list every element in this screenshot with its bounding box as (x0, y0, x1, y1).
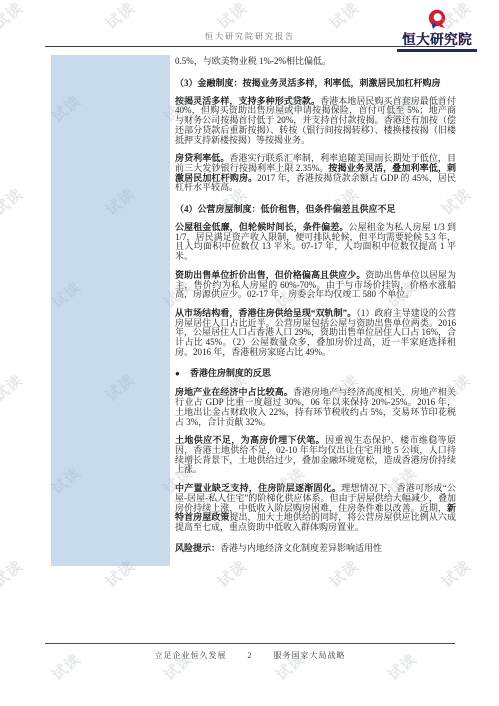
brand-logo-text: 恒大研究院 (402, 33, 472, 47)
paragraph: 房地产业在经济中占比较高。香港房地产与经济高度相关，房地产相关行业占 GDP 比… (175, 388, 456, 427)
paragraph: 中产置业缺乏支持，住房阶层逐渐固化。理想情况下，香港可形成“公屋-居屋-私人住宅… (175, 484, 456, 533)
text-run: 从市场结构看，香港住房供给呈现“双轨制”。 (175, 308, 356, 318)
paragraph: 按揭灵活多样，支持多种形式贷款。香港本地居民购买首套房最低首付 40%，但购买资… (175, 97, 456, 146)
brand-logo: 恒大研究院 (396, 8, 478, 52)
paragraph: 0.5%，与欧美物业税 1%-2%相比偏低。 (175, 57, 456, 67)
brand-logo-underline (397, 49, 477, 53)
paragraph: 从市场结构看，香港住房供给呈现“双轨制”。（1）政府主导建设的公营房屋居住人口占… (175, 309, 456, 358)
bullet-heading: ●香港住房制度的反思 (175, 368, 456, 379)
trial-watermark: 试读 (495, 462, 499, 499)
paragraph: 房贷利率低。香港实行联系汇率制，利率追随美国而长期处于低位，目前三大发钞银行按揭… (175, 154, 456, 193)
paragraph: 公屋租金低廉，但轮候时间长，条件偏差。公屋租金为私人房屋 1/3 到 1/7，居… (175, 223, 456, 262)
trial-watermark: 试读 (495, 90, 499, 127)
header-title: 恒大研究院研究报告 (45, 31, 455, 42)
footer-divider (45, 643, 455, 644)
text-run: 公屋租金低廉，但轮候时间长，条件偏差。 (175, 222, 349, 232)
section-heading: （4）公营房屋制度：低价租售，但条件偏差且供应不足 (175, 204, 456, 214)
text-run: 资助出售单位折价出售，但价格偏高且供应少。 (175, 270, 365, 280)
paragraph: 资助出售单位折价出售，但价格偏高且供应少。资助出售单位以居屋为主，售价约为私人房… (175, 271, 456, 300)
text-run: 房贷利率低。 (175, 153, 229, 163)
bullet-dot-icon: ● (175, 369, 180, 378)
report-page: 试读试读试读试读试读试读试读试读试读试读试读试读试读试读试读试读试读试读试读试读… (0, 0, 499, 706)
trial-watermark: 试读 (0, 369, 27, 406)
trial-watermark: 试读 (495, 648, 499, 685)
text-run: 中产置业缺乏支持，住房阶层逐渐固化。 (175, 483, 341, 493)
left-accent-bar (51, 55, 170, 566)
page-number: 2 (248, 651, 253, 660)
trial-watermark: 试读 (0, 0, 27, 34)
text-run: （4）公营房屋制度：低价租售，但条件偏差且供应不足 (175, 204, 396, 214)
text-run: 土地供应不足，为高房价埋下伏笔。 (175, 435, 325, 445)
paragraph: 风险提示：香港与内地经济文化制度差异影响适用性 (175, 544, 456, 554)
paragraph: 土地供应不足，为高房价埋下伏笔。因重视生态保护、楼市维稳等原因，香港土地供给不足… (175, 436, 456, 475)
text-run: （3）金融制度：按揭业务灵活多样，利率低，刺激居民加杠杆购房 (175, 78, 441, 88)
footer: 立足企业恒久发展 2 服务国家大局战略 (45, 650, 455, 661)
section-heading: （3）金融制度：按揭业务灵活多样，利率低，刺激居民加杠杆购房 (175, 78, 456, 88)
trial-watermark: 试读 (325, 0, 363, 34)
text-run: 香港与内地经济文化制度差异影响适用性 (220, 543, 382, 553)
text-run: 风险提示： (175, 543, 220, 553)
report-body: 0.5%，与欧美物业税 1%-2%相比偏低。（3）金融制度：按揭业务灵活多样，利… (175, 57, 456, 562)
evergrande-emblem-icon (425, 8, 449, 32)
trial-watermark: 试读 (495, 276, 499, 313)
trial-watermark: 试读 (0, 183, 27, 220)
footer-slogan-right: 服务国家大局战略 (274, 651, 346, 660)
header-divider (45, 46, 455, 47)
text-run: 0.5%，与欧美物业税 1%-2%相比偏低。 (175, 56, 331, 66)
text-run: 房地产业在经济中占比较高。 (175, 387, 293, 397)
trial-watermark: 试读 (101, 0, 139, 34)
text-run: 香港住房制度的反思 (190, 368, 271, 378)
footer-slogan-left: 立足企业恒久发展 (155, 651, 227, 660)
trial-watermark: 试读 (213, 0, 251, 34)
trial-watermark: 试读 (0, 555, 27, 592)
